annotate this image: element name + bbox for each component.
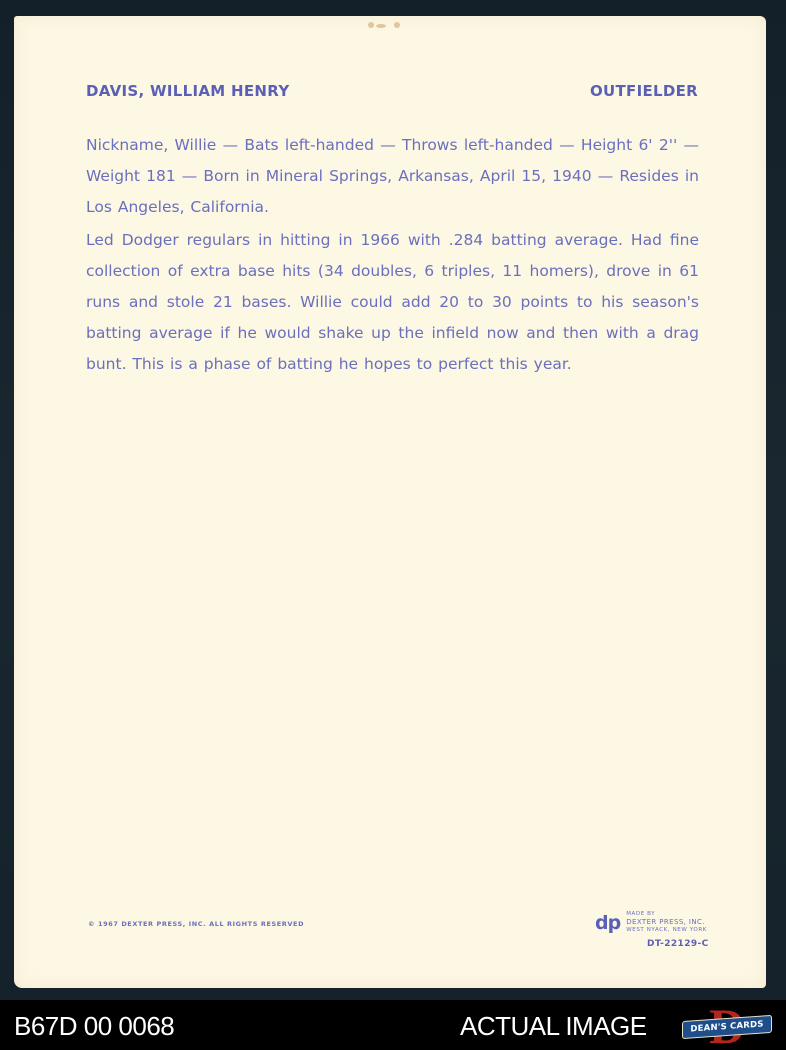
player-position: OUTFIELDER <box>590 82 698 100</box>
career-paragraph: Led Dodger regulars in hitting in 1966 w… <box>86 225 699 380</box>
dexter-press-logo-icon: dp <box>595 912 620 934</box>
maker-line-2: DEXTER PRESS, INC. <box>626 918 707 927</box>
card-code: DT-22129-C <box>647 939 709 949</box>
bio-paragraph: Nickname, Willie — Bats left-handed — Th… <box>86 130 699 223</box>
player-name: DAVIS, WILLIAM HENRY <box>86 82 289 100</box>
card-header: DAVIS, WILLIAM HENRY OUTFIELDER <box>86 82 698 100</box>
brand-banner: DEAN'S CARDS <box>682 1015 772 1039</box>
deans-cards-logo-icon: D DEAN'S CARDS <box>680 1004 772 1048</box>
actual-image-label: ACTUAL IMAGE <box>460 1011 647 1042</box>
cert-number: B67D 00 0068 <box>14 1011 174 1042</box>
card-blemish <box>364 18 404 30</box>
footer-bar: B67D 00 0068 ACTUAL IMAGE D DEAN'S CARDS <box>0 1000 786 1050</box>
copyright-notice: © 1967 DEXTER PRESS, INC. ALL RIGHTS RES… <box>88 920 304 928</box>
maker-line-1: MADE BY <box>626 911 707 918</box>
maker-block: dp MADE BY DEXTER PRESS, INC. WEST NYACK… <box>595 911 707 934</box>
maker-line-3: WEST NYACK, NEW YORK <box>626 927 707 934</box>
